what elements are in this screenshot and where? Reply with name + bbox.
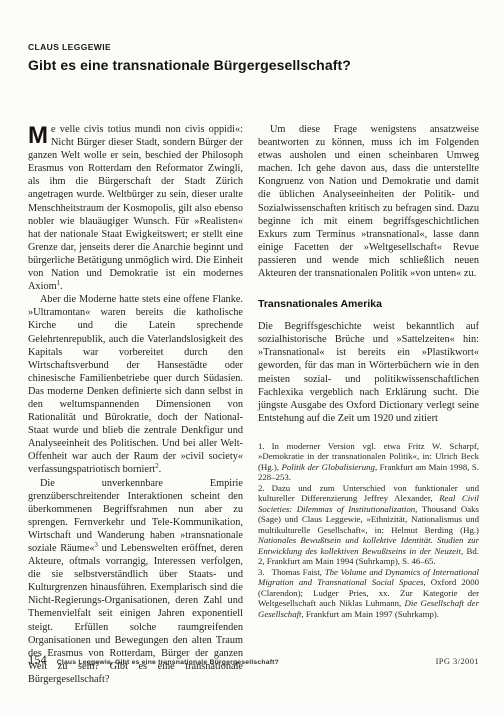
running-title: Claus Leggewie, Gibt es eine transnation… [57, 659, 279, 666]
paragraph-1-end: . [60, 281, 63, 292]
page-footer: 154 Claus Leggewie, Gibt es eine transna… [28, 653, 479, 668]
footnote-3-number: 3. [258, 567, 272, 577]
footnote-1-number: 1. [258, 441, 272, 451]
paragraph-4: Um diese Frage wenigstens ansatzweise be… [258, 123, 479, 280]
footnote-2-title-b: Nationales Bewußtsein und kollektive Ide… [258, 535, 479, 556]
paragraph-2-end: . [159, 464, 162, 475]
page-content: CLAUS LEGGEWIE Gibt es eine transnationa… [0, 0, 504, 686]
paragraph-1: Me velle civis totius mundi non civis op… [28, 123, 243, 293]
drop-cap: M [28, 123, 51, 146]
paragraph-2-text: Aber die Moderne hatte stets eine offene… [28, 294, 243, 475]
footnote-3-end: , Frankfurt am Main 1997 (Suhrkamp). [302, 609, 440, 619]
footnote-2-number: 2. [258, 483, 272, 493]
left-column: Me velle civis totius mundi non civis op… [28, 123, 243, 686]
page-number: 154 [28, 653, 47, 668]
author-name: CLAUS LEGGEWIE [28, 42, 479, 52]
section-heading: Transnationales Amerika [258, 298, 479, 310]
two-column-layout: Me velle civis totius mundi non civis op… [28, 123, 479, 686]
journal-page: CLAUS LEGGEWIE Gibt es eine transnationa… [0, 0, 504, 718]
footnote-3-text: Thomas Faist, [272, 567, 325, 577]
footnotes-block: 1.In moderner Version vgl. etwa Fritz W.… [258, 441, 479, 620]
right-column: Um diese Frage wenigstens ansatzweise be… [258, 123, 479, 686]
paragraph-2: Aber die Moderne hatte stets eine offene… [28, 293, 243, 476]
paragraph-5: Die Begriffsgeschichte weist bekanntlich… [258, 320, 479, 425]
article-title: Gibt es eine transnationale Bürgergesell… [28, 57, 479, 73]
paragraph-1-text: e velle civis totius mundi non civis opp… [28, 124, 243, 292]
footnote-2: 2.Dazu und zum Unterschied von funktiona… [258, 483, 479, 567]
footnote-1-title: Politik der Globalisierung [282, 462, 375, 472]
footnote-1: 1.In moderner Version vgl. etwa Fritz W.… [258, 441, 479, 483]
journal-issue: IPG 3/2001 [436, 656, 479, 666]
footnote-3: 3.Thomas Faist, The Volume and Dynamics … [258, 567, 479, 620]
